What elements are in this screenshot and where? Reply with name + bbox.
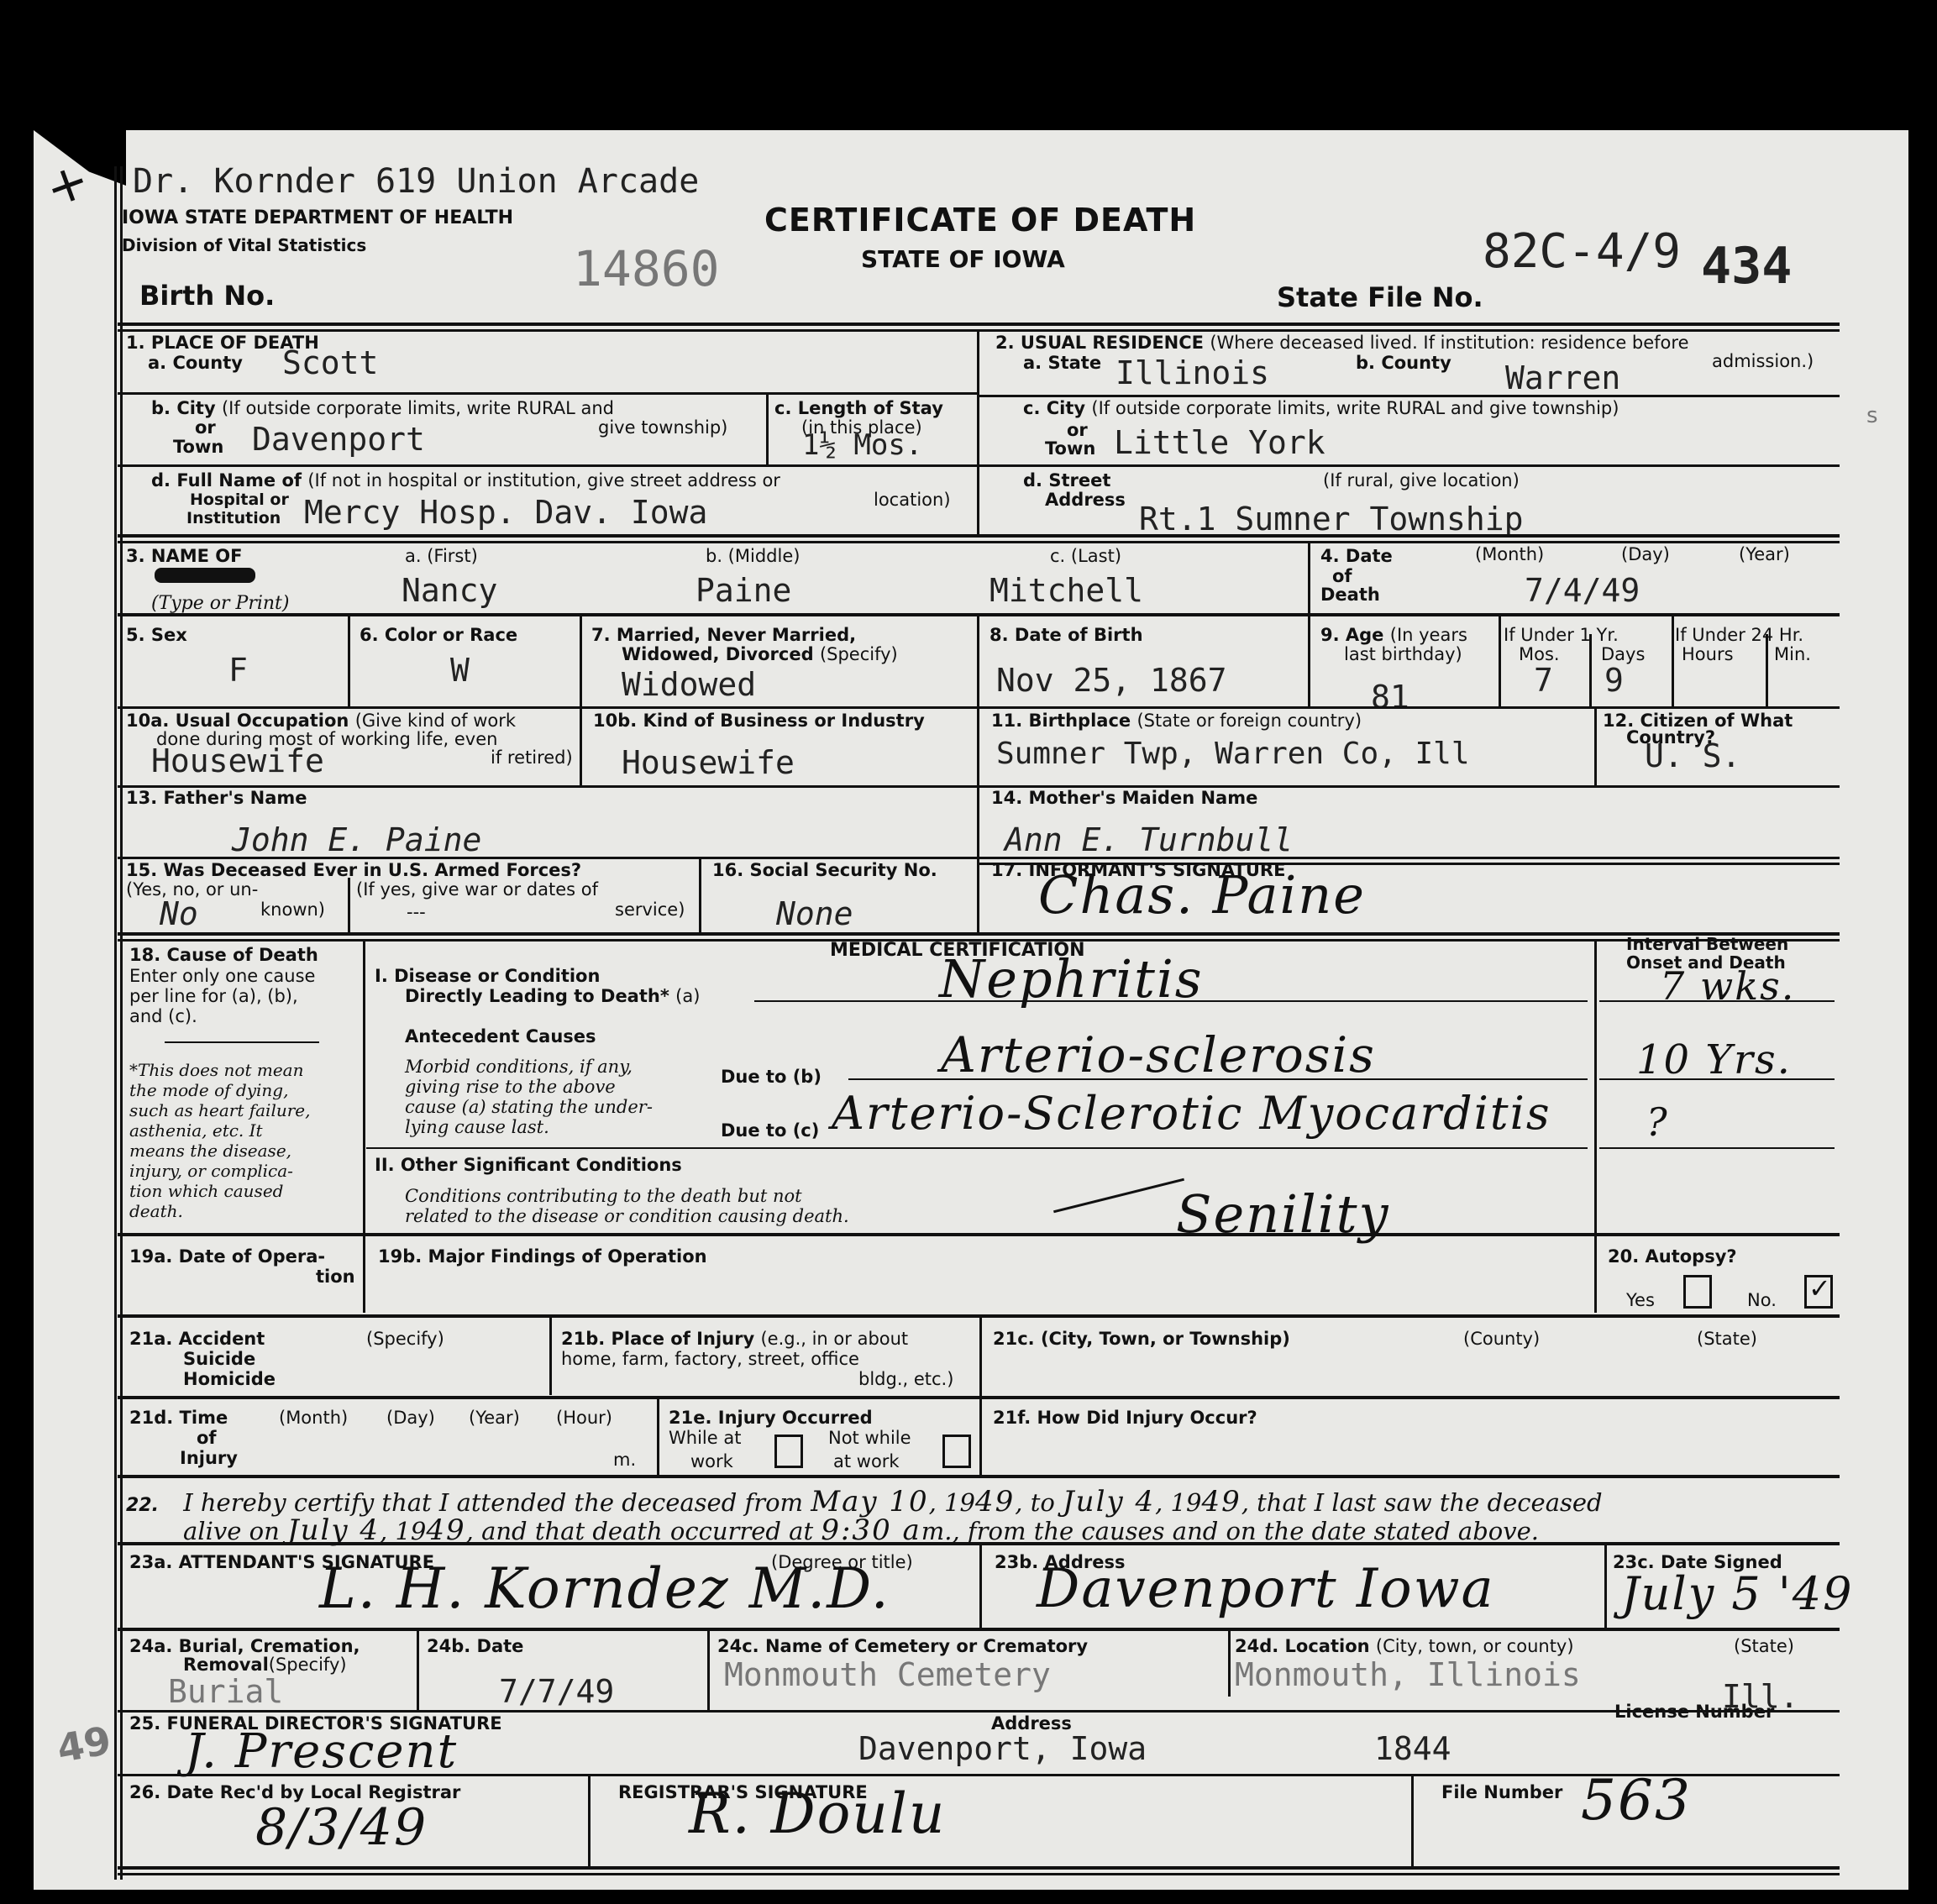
certify-text: alive on [183,1517,280,1545]
rule [1589,634,1592,708]
other-conditions: Senility [1176,1193,1390,1236]
rule [754,1000,1588,1002]
autopsy-yes-checkbox[interactable] [1683,1275,1712,1309]
or-label: or [195,417,216,438]
location-label: 24d. Location [1235,1636,1370,1656]
injury-time-label-3: Injury [180,1448,238,1468]
certificate-title: CERTIFICATE OF DEATH [764,202,1196,239]
place-of-injury-hint-2: home, farm, factory, street, office [561,1349,859,1369]
rule [348,616,350,708]
rule [118,857,1840,859]
res-county-label: b. County [1356,353,1451,373]
due-to-c-label: Due to (c) [721,1120,819,1141]
race-label: 6. Color or Race [360,625,517,645]
informant-signature: Chas. Paine [1038,873,1366,917]
mother-name: Ann E. Turnbull [1005,823,1293,857]
homicide-label: Homicide [183,1369,276,1389]
res-street: Rt.1 Sumner Township [1139,502,1524,536]
antecedent-label: Antecedent Causes [405,1026,596,1046]
rule [118,1710,1840,1713]
funeral-director-signature: J. Prescent [185,1730,458,1774]
redacted-label [155,568,255,583]
type-or-print-label: (Type or Print) [151,593,289,614]
disposition: Burial [168,1675,283,1708]
check-mark-icon: ✓ [1808,1272,1831,1304]
age-hint-2: last birthday) [1344,644,1462,664]
rule [1599,1078,1835,1080]
dod-label-2: of [1332,566,1352,586]
rule [549,1317,552,1395]
rule [118,785,1840,788]
residence-label: 2. USUAL RESIDENCE [995,333,1204,353]
dod-month-label: (Month) [1475,544,1544,564]
while-at-label: While at [669,1428,741,1448]
footnote: *This does not mean the mode of dying, s… [129,1060,310,1221]
autopsy-label: 20. Autopsy? [1608,1246,1737,1267]
cause-hint-2: per line for (a), (b), [129,986,298,1006]
cause-a-tag: (a) [675,986,700,1006]
location-state-label: (State) [1734,1636,1794,1656]
res-city-label: c. City [1023,398,1085,418]
first-name: Nancy [402,574,497,607]
occupation-label: 10a. Usual Occupation [126,711,349,731]
hospital-hint: (If not in hospital or institution, give… [307,470,780,490]
res-state-label: a. State [1023,353,1101,373]
res-state: Illinois [1115,356,1269,390]
injury-day-label: (Day) [386,1408,435,1428]
occupation-hint-3: if retired) [491,747,573,768]
rule [118,534,1840,538]
sex-label: 5. Sex [126,625,187,645]
last-name-label: c. (Last) [1050,546,1121,566]
injury-year-label: (Year) [469,1408,520,1428]
removal-label: Removal [183,1655,269,1675]
due-to-b-label: Due to (b) [721,1067,822,1087]
not-at-work-checkbox[interactable] [942,1435,971,1468]
date-of-death: 7/4/49 [1525,574,1640,607]
department-name: IOWA STATE DEPARTMENT OF HEALTH [122,208,513,228]
injury-state-label: (State) [1697,1329,1757,1349]
birth-date: Nov 25, 1867 [996,664,1227,697]
business-value: Housewife [622,746,795,779]
dod-label: 4. Date [1320,546,1393,566]
hospital-hint-2: location) [874,490,951,510]
armed-forces-hint-b2: service) [615,900,685,920]
not-while-label: Not while [828,1428,911,1448]
rule [118,1314,1840,1318]
autopsy-yes-label: Yes [1626,1290,1655,1310]
dod-year-label: (Year) [1739,544,1790,564]
age-label: 9. Age [1320,625,1383,645]
certify-text: m., from the causes and on the date stat… [921,1517,1539,1545]
division-name: Division of Vital Statistics [122,235,366,255]
rule [1594,1235,1597,1313]
registrar-signature: R. Doulu [689,1792,946,1836]
footnote-line: injury, or complica- [129,1161,310,1181]
injury-occurred-label: 21e. Injury Occurred [669,1408,873,1428]
rule [366,1147,1588,1149]
stay-label: c. Length of Stay [774,398,943,418]
registrar-date: 8/3/49 [255,1806,428,1849]
operation-findings-label: 19b. Major Findings of Operation [378,1246,707,1267]
rule [977,395,1840,397]
age-months: 7 [1534,664,1553,697]
disease-label-2: Directly Leading to Death* [405,986,669,1006]
injury-city-label: 21c. (City, Town, or Township) [993,1329,1290,1349]
rule [1499,616,1501,708]
operation-date-label-2: tion [316,1267,355,1287]
injury-hour-label: (Hour) [556,1408,612,1428]
attendant-signature: L. H. Korndez M.D. [319,1567,890,1611]
hospital-name: Mercy Hosp. Dav. Iowa [304,496,707,529]
hours-label: Hours [1682,644,1734,664]
res-county: Warren [1505,361,1620,395]
rule [1766,634,1768,708]
physician-stamp: Dr. Kornder 619 Union Arcade [133,165,699,198]
birth-no-label: Birth No. [139,281,275,311]
middle-name: Paine [696,574,791,607]
rule [363,941,365,1233]
hospital-label: d. Full Name of [151,470,302,490]
res-address-label: Address [1045,490,1126,510]
funeral-address: Davenport, Iowa [858,1732,1147,1765]
place-of-injury-label: 21b. Place of Injury [561,1329,754,1349]
residence-hint-2: admission.) [1712,351,1814,371]
rule [1599,1000,1835,1002]
rule [588,1776,591,1867]
name-label: 3. NAME OF [126,546,242,566]
date-signed: July 5 '49 [1621,1572,1853,1616]
rule [118,1628,1840,1631]
ssn-value: None [776,897,853,931]
rule [118,706,1840,709]
rule [118,541,1840,543]
certify-number: 22. [126,1495,159,1516]
rule [1672,616,1674,708]
rule [707,1629,710,1710]
res-city: Little York [1114,426,1325,459]
under-24-hr-label: If Under 24 Hr. [1675,625,1803,645]
county-label: a. County [148,353,243,373]
birthplace-value: Sumner Twp, Warren Co, Ill [996,737,1470,771]
cemetery-label: 24c. Name of Cemetery or Crematory [717,1636,1088,1656]
state-of-iowa: STATE OF IOWA [861,245,1065,273]
license-number: 1844 [1374,1732,1451,1765]
mother-label: 14. Mother's Maiden Name [991,788,1257,808]
town-label: Town [173,437,223,457]
license-number-label: License Number [1614,1702,1774,1722]
age-years: 81 [1371,680,1409,714]
rule [363,1235,365,1313]
cause-hint-1: Enter only one cause [129,966,315,986]
accident-label: 21a. Accident [129,1329,265,1349]
cause-b-interval: 10 Yrs. [1636,1038,1792,1082]
interval-label: Interval Between [1626,934,1788,954]
other-conditions-hint-2: related to the disease or condition caus… [405,1206,849,1227]
res-town-label: Town [1045,438,1095,459]
disease-label: I. Disease or Condition [375,966,600,986]
marital-status: Widowed [622,668,756,701]
other-conditions-hint: Conditions contributing to the death but… [405,1186,802,1207]
under-1-yr-label: If Under 1 Yr. [1504,625,1619,645]
cause-label: 18. Cause of Death [129,945,318,965]
rule [348,878,350,933]
cause-c: Arterio-Sclerotic Myocarditis [832,1092,1551,1136]
accident-specify: (Specify) [366,1329,444,1349]
occupation-hint: (Give kind of work [355,711,516,731]
citizen-value: U. S. [1645,739,1740,773]
armed-forces-value: No [160,897,198,931]
armed-forces-hint-a2: known) [260,900,325,920]
cemetery-name: Monmouth Cemetery [724,1658,1051,1692]
rule [1604,1544,1607,1628]
certification-statement-2: alive on July 4, 1949, and that death oc… [183,1508,1539,1552]
rule [848,1078,1588,1080]
rule [699,858,701,934]
location-hint: (City, town, or county) [1376,1636,1574,1656]
place-of-injury-hint: (e.g., in or about [760,1329,908,1349]
occupation-value: Housewife [151,744,324,778]
footnote-line: tion which caused [129,1181,310,1201]
at-work-label: at work [833,1451,900,1471]
rule [977,464,1840,467]
left-border [114,166,117,1880]
father-label: 13. Father's Name [126,788,307,808]
rule [118,1233,1840,1236]
armed-forces-dates: --- [407,902,426,922]
morbid-line: giving rise to the above [405,1077,653,1097]
ssn-label: 16. Social Security No. [712,860,937,880]
rule [118,932,1840,936]
age-days: 9 [1604,664,1624,697]
autopsy-no-checkbox[interactable]: ✓ [1804,1275,1833,1309]
burial-date-label: 24b. Date [427,1636,523,1656]
footnote-line: death. [129,1201,310,1221]
state-file-number: 434 [1701,240,1792,292]
morbid-line: lying cause last. [405,1117,653,1137]
autopsy-no-label: No. [1747,1290,1777,1310]
city-hint: (If outside corporate limits, write RURA… [222,398,614,418]
certify-text: , 19 [380,1517,426,1545]
hospital-label-2: Hospital or [190,490,289,510]
cause-a: Nephritis [939,957,1204,1001]
rule [1594,708,1597,788]
rule [657,1398,659,1475]
state-file-label: State File No. [1277,282,1483,312]
injury-m-label: m. [613,1450,636,1470]
marital-hint: (Specify) [820,644,898,664]
first-name-label: a. (First) [405,546,478,566]
marital-label: 7. Married, Never Married, [591,625,856,645]
rule [766,392,769,466]
rule [1411,1776,1414,1867]
col-divider-1-2 [977,331,979,535]
morbid-line: cause (a) stating the under- [405,1097,653,1117]
rule [118,1873,1840,1875]
rule [580,616,582,788]
minutes-label: Min. [1774,644,1811,664]
work-label: work [690,1451,733,1471]
operation-date-label: 19a. Date of Opera- [129,1246,325,1267]
while-at-work-checkbox[interactable] [774,1435,803,1468]
footnote-line: asthenia, etc. It [129,1120,310,1141]
injury-time-label-2: of [197,1428,217,1448]
death-county: Scott [282,346,378,380]
rule [118,1396,1840,1399]
morbid-hint: Morbid conditions, if any, giving rise t… [405,1057,653,1137]
birth-date-label: 8. Date of Birth [989,625,1143,645]
birthplace-hint: (State or foreign country) [1136,711,1362,731]
left-border-inner [120,166,123,1880]
rule [118,1542,1840,1545]
margin-s-mark: s [1866,403,1878,428]
rule [118,1475,1840,1478]
length-of-stay: 1½ Mos. [802,428,922,462]
file-number: 563 [1581,1779,1692,1823]
birthplace-label: 11. Birthplace [991,711,1131,731]
res-or-label: or [1067,420,1088,440]
rule [118,464,977,467]
last-name: Mitchell [989,574,1143,607]
death-city: Davenport [252,422,425,456]
dod-day-label: (Day) [1621,544,1670,564]
residence-hint: (Where deceased lived. If institution: r… [1210,333,1688,353]
burial-date: 7/7/49 [499,1675,614,1708]
rule [1228,1629,1231,1697]
injury-time-label: 21d. Time [129,1408,228,1428]
res-city-hint: (If outside corporate limits, write RURA… [1091,398,1619,418]
other-conditions-label: II. Other Significant Conditions [375,1155,682,1175]
armed-forces-label: 15. Was Deceased Ever in U.S. Armed Forc… [126,860,581,880]
institution-label: Institution [186,508,281,528]
marital-label-2: Widowed, Divorced [622,644,814,664]
rule [165,1041,319,1043]
footnote-line: the mode of dying, [129,1080,310,1100]
attendant-address: Davenport Iowa [1037,1567,1495,1611]
footnote-line: *This does not mean [129,1060,310,1080]
res-street-hint: (If rural, give location) [1323,470,1520,490]
city-label: b. City [151,398,216,418]
cause-b: Arterio-sclerosis [941,1033,1376,1077]
state-file-prefix: 82C-4/9 [1483,227,1681,277]
cause-hint-3: and (c). [129,1006,197,1026]
rule [1308,616,1310,708]
res-street-label: d. Street [1023,470,1110,490]
rule [977,616,979,935]
rule [118,392,977,395]
father-name: John E. Paine [232,823,481,857]
middle-name-label: b. (Middle) [706,546,800,566]
morbid-line: Morbid conditions, if any, [405,1057,653,1077]
rule [417,1629,419,1710]
burial-label: 24a. Burial, Cremation, [129,1636,360,1656]
certify-text: , and that death occurred at [466,1517,813,1545]
cause-c-interval: ? [1646,1100,1669,1144]
footnote-line: means the disease, [129,1141,310,1161]
burial-hint: (Specify) [269,1655,347,1675]
age-hint: (In years [1390,625,1467,645]
place-of-injury-hint-3: bldg., etc.) [858,1369,953,1389]
file-number-label: File Number [1441,1782,1562,1802]
injury-county-label: (County) [1463,1329,1540,1349]
armed-forces-hint-b: (If yes, give war or dates of [356,879,598,900]
how-injury-label: 21f. How Did Injury Occur? [993,1408,1257,1428]
rule [1599,1147,1835,1149]
burial-location: Monmouth, Illinois [1235,1658,1581,1692]
footnote-line: such as heart failure, [129,1100,310,1120]
rule [979,1544,982,1628]
suicide-label: Suicide [183,1349,255,1369]
sex-value: F [228,653,248,687]
dod-label-3: Death [1320,585,1380,605]
business-label: 10b. Kind of Business or Industry [593,711,925,731]
rule [118,1866,1840,1870]
injury-month-label: (Month) [279,1408,348,1428]
city-hint-2: give township) [598,417,727,438]
rule [1308,543,1310,615]
birth-no-value: 14860 [573,244,720,294]
rule [1594,941,1597,1233]
margin-number-mark: 49 [54,1718,114,1771]
race-value: W [450,653,470,687]
header-divider [118,323,1840,326]
